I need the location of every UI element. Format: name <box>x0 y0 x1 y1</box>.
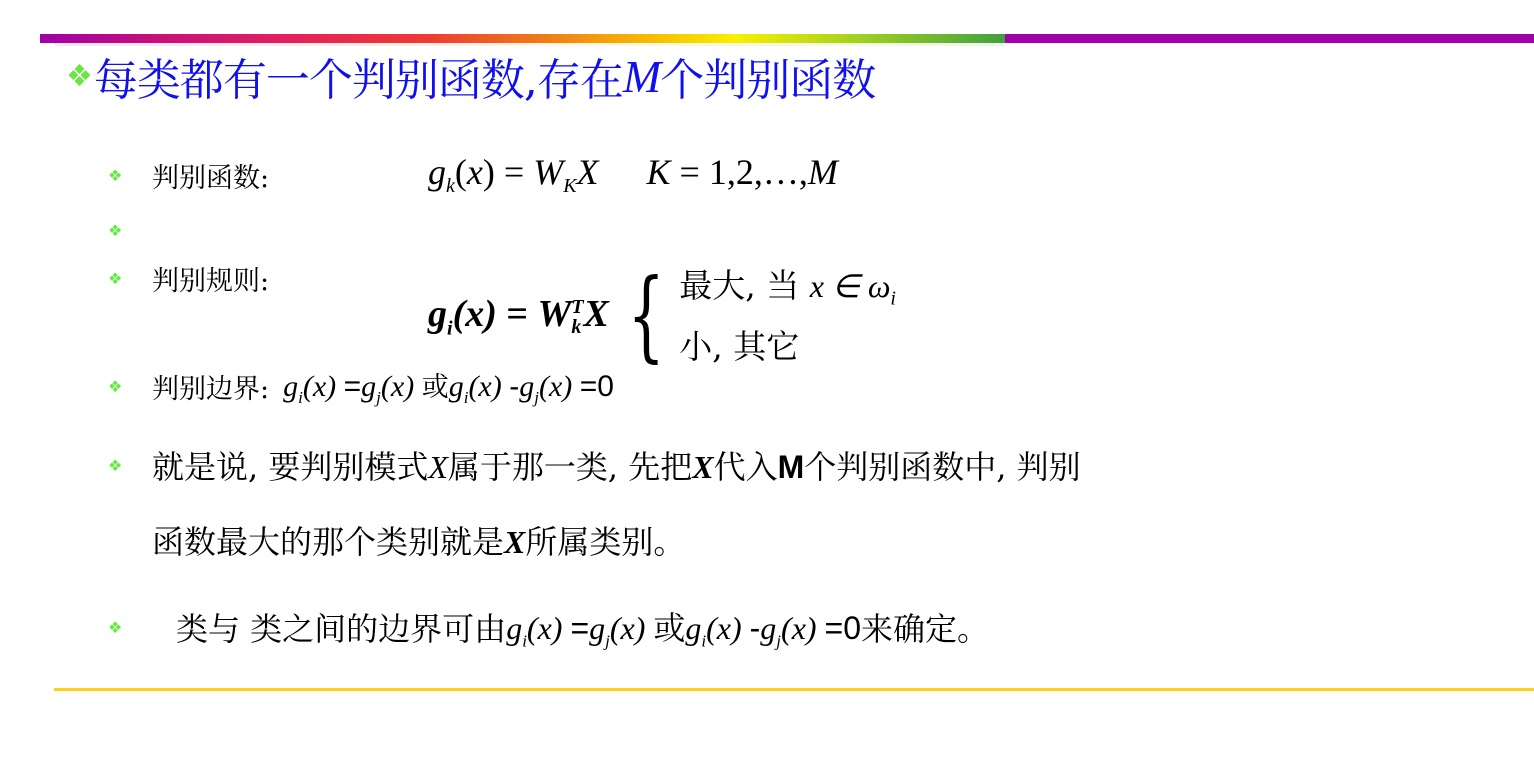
diamond-bullet-icon: ❖ <box>66 59 92 94</box>
title-math-m: M <box>623 50 660 103</box>
item-explanation-line1: ❖ 就是说, 要判别模式X属于那一类, 先把X代入M个判别函数中, 判别 <box>108 440 1081 490</box>
item-class-boundary: ❖ 类与 类之间的边界可由 gi(x) =gj(x) 或gi(x) -gj(x)… <box>108 602 989 652</box>
formula-lhs: gi(x) = WTkX <box>428 292 609 341</box>
diamond-bullet-icon: ❖ <box>108 221 152 240</box>
item-explanation-line2: 函数最大的那个类别就是X所属类别。 <box>152 515 685 565</box>
class-boundary-text-end: 来确定。 <box>861 604 989 650</box>
top-bar-solid <box>1005 34 1534 43</box>
slide-title: ❖ 每类都有一个判别函数,存在 M 个判别函数 <box>66 46 875 106</box>
item-label: 判别函数: <box>152 156 428 195</box>
item-discriminant-boundary: ❖ 判别边界: gi(x) =gj(x) 或gi(x) -gj(x) =0 <box>108 363 614 409</box>
diamond-bullet-icon: ❖ <box>108 166 152 185</box>
top-bar-gradient <box>40 34 1005 43</box>
case-other: 小, 其它 <box>679 323 896 371</box>
top-decorative-bar <box>40 34 1534 43</box>
explanation-text: 就是说, 要判别模式X属于那一类, 先把X代入M个判别函数中, 判别 <box>152 442 1081 488</box>
bottom-rule <box>54 688 1534 691</box>
class-boundary-text: 类与 类之间的边界可由 <box>176 604 506 650</box>
diamond-bullet-icon: ❖ <box>108 377 152 396</box>
formula-discriminant: gk(x) = WKX K = 1,2,…,M <box>428 151 838 198</box>
item-label: 判别边界: <box>152 367 269 406</box>
left-brace: { <box>627 267 664 365</box>
formula-boundary: gi(x) =gj(x) 或gi(x) -gj(x) =0 <box>283 365 614 408</box>
title-text: 每类都有一个判别函数,存在 <box>94 44 623 108</box>
diamond-bullet-icon: ❖ <box>108 456 152 475</box>
item-discriminant-function: ❖ 判别函数: gk(x) = WKX K = 1,2,…,M <box>108 150 838 200</box>
title-text-end: 个判别函数 <box>660 44 875 108</box>
explanation-text-cont: 函数最大的那个类别就是X所属类别。 <box>152 517 685 563</box>
formula-discriminant-rule: gi(x) = WTkX { 最大, 当 x ∈ ωi 小, 其它 <box>428 262 896 371</box>
formula-cases: 最大, 当 x ∈ ωi 小, 其它 <box>679 262 896 371</box>
item-discriminant-rule: ❖ 判别规则: <box>108 258 269 298</box>
diamond-bullet-icon: ❖ <box>108 269 152 288</box>
case-max: 最大, 当 x ∈ ωi <box>679 262 896 323</box>
item-empty: ❖ <box>108 215 152 245</box>
diamond-bullet-icon: ❖ <box>108 618 176 637</box>
formula-class-boundary: gi(x) =gj(x) 或gi(x) -gj(x) =0 <box>506 603 861 651</box>
item-label: 判别规则: <box>152 259 269 298</box>
